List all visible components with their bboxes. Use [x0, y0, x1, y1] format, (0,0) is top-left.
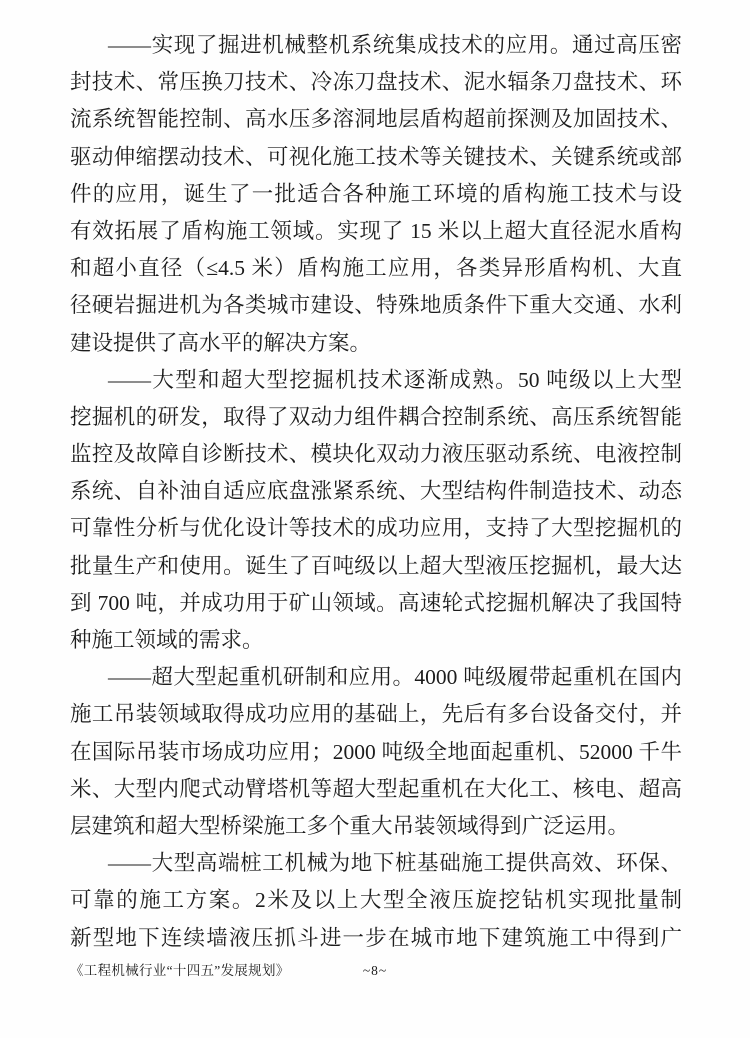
text-line: 层建筑和超大型桥梁施工多个重大吊装领域得到广泛运用。: [70, 808, 682, 845]
text-line: 可靠的施工方案。2米及以上大型全液压旋挖钻机实现批量制造；: [70, 882, 682, 919]
text-line: 径硬岩掘进机为各类城市建设、特殊地质条件下重大交通、水利: [70, 287, 682, 324]
paragraph: ——大型和超大型挖掘机技术逐渐成熟。50 吨级以上大型挖掘机的研发，取得了双动力…: [70, 362, 682, 660]
text-line: 施工吊装领域取得成功应用的基础上，先后有多台设备交付，并: [70, 696, 682, 733]
text-line: 封技术、常压换刀技术、冷冻刀盘技术、泥水辐条刀盘技术、环: [70, 64, 682, 101]
text-line: 在国际吊装市场成功应用；2000 吨级全地面起重机、52000 千牛: [70, 734, 682, 771]
text-line: 驱动伸缩摆动技术、可视化施工技术等关键技术、关键系统或部: [70, 139, 682, 176]
footer-page-number: ~8~: [363, 958, 387, 984]
text-line: 挖掘机的研发，取得了双动力组件耦合控制系统、高压系统智能: [70, 399, 682, 436]
text-line: ——超大型起重机研制和应用。4000 吨级履带起重机在国内: [70, 659, 682, 696]
text-line: 系统、自补油自适应底盘涨紧系统、大型结构件制造技术、动态: [70, 473, 682, 510]
page-footer: 《工程机械行业“十四五”发展规划》 ~8~: [70, 958, 682, 984]
text-line: ——大型高端桩工机械为地下桩基础施工提供高效、环保、: [70, 845, 682, 882]
text-line: 和超小直径（≤4.5 米）盾构施工应用，各类异形盾构机、大直: [70, 250, 682, 287]
paragraph: ——实现了掘进机械整机系统集成技术的应用。通过高压密封技术、常压换刀技术、冷冻刀…: [70, 27, 682, 362]
text-line: 件的应用，诞生了一批适合各种施工环境的盾构施工技术与设备，: [70, 176, 682, 213]
text-line: 米、大型内爬式动臂塔机等超大型起重机在大化工、核电、超高: [70, 771, 682, 808]
text-line: 建设提供了高水平的解决方案。: [70, 325, 682, 362]
text-line: ——实现了掘进机械整机系统集成技术的应用。通过高压密: [70, 27, 682, 64]
paragraph: ——大型高端桩工机械为地下桩基础施工提供高效、环保、可靠的施工方案。2米及以上大…: [70, 845, 682, 957]
text-line: 流系统智能控制、高水压多溶洞地层盾构超前探测及加固技术、: [70, 101, 682, 138]
text-line: ——大型和超大型挖掘机技术逐渐成熟。50 吨级以上大型: [70, 362, 682, 399]
footer-document-title: 《工程机械行业“十四五”发展规划》: [70, 958, 290, 984]
text-line: 到 700 吨，并成功用于矿山领域。高速轮式挖掘机解决了我国特: [70, 585, 682, 622]
document-page: ——实现了掘进机械整机系统集成技术的应用。通过高压密封技术、常压换刀技术、冷冻刀…: [0, 0, 750, 1038]
text-line: 可靠性分析与优化设计等技术的成功应用，支持了大型挖掘机的: [70, 510, 682, 547]
text-line: 批量生产和使用。诞生了百吨级以上超大型液压挖掘机，最大达: [70, 548, 682, 585]
paragraph: ——超大型起重机研制和应用。4000 吨级履带起重机在国内施工吊装领域取得成功应…: [70, 659, 682, 845]
text-line: 有效拓展了盾构施工领域。实现了 15 米以上超大直径泥水盾构: [70, 213, 682, 250]
document-body: ——实现了掘进机械整机系统集成技术的应用。通过高压密封技术、常压换刀技术、冷冻刀…: [70, 27, 682, 957]
text-line: 监控及故障自诊断技术、模块化双动力液压驱动系统、电液控制: [70, 436, 682, 473]
text-line: 新型地下连续墙液压抓斗进一步在城市地下建筑施工中得到广: [70, 920, 682, 957]
text-line: 种施工领域的需求。: [70, 622, 682, 659]
